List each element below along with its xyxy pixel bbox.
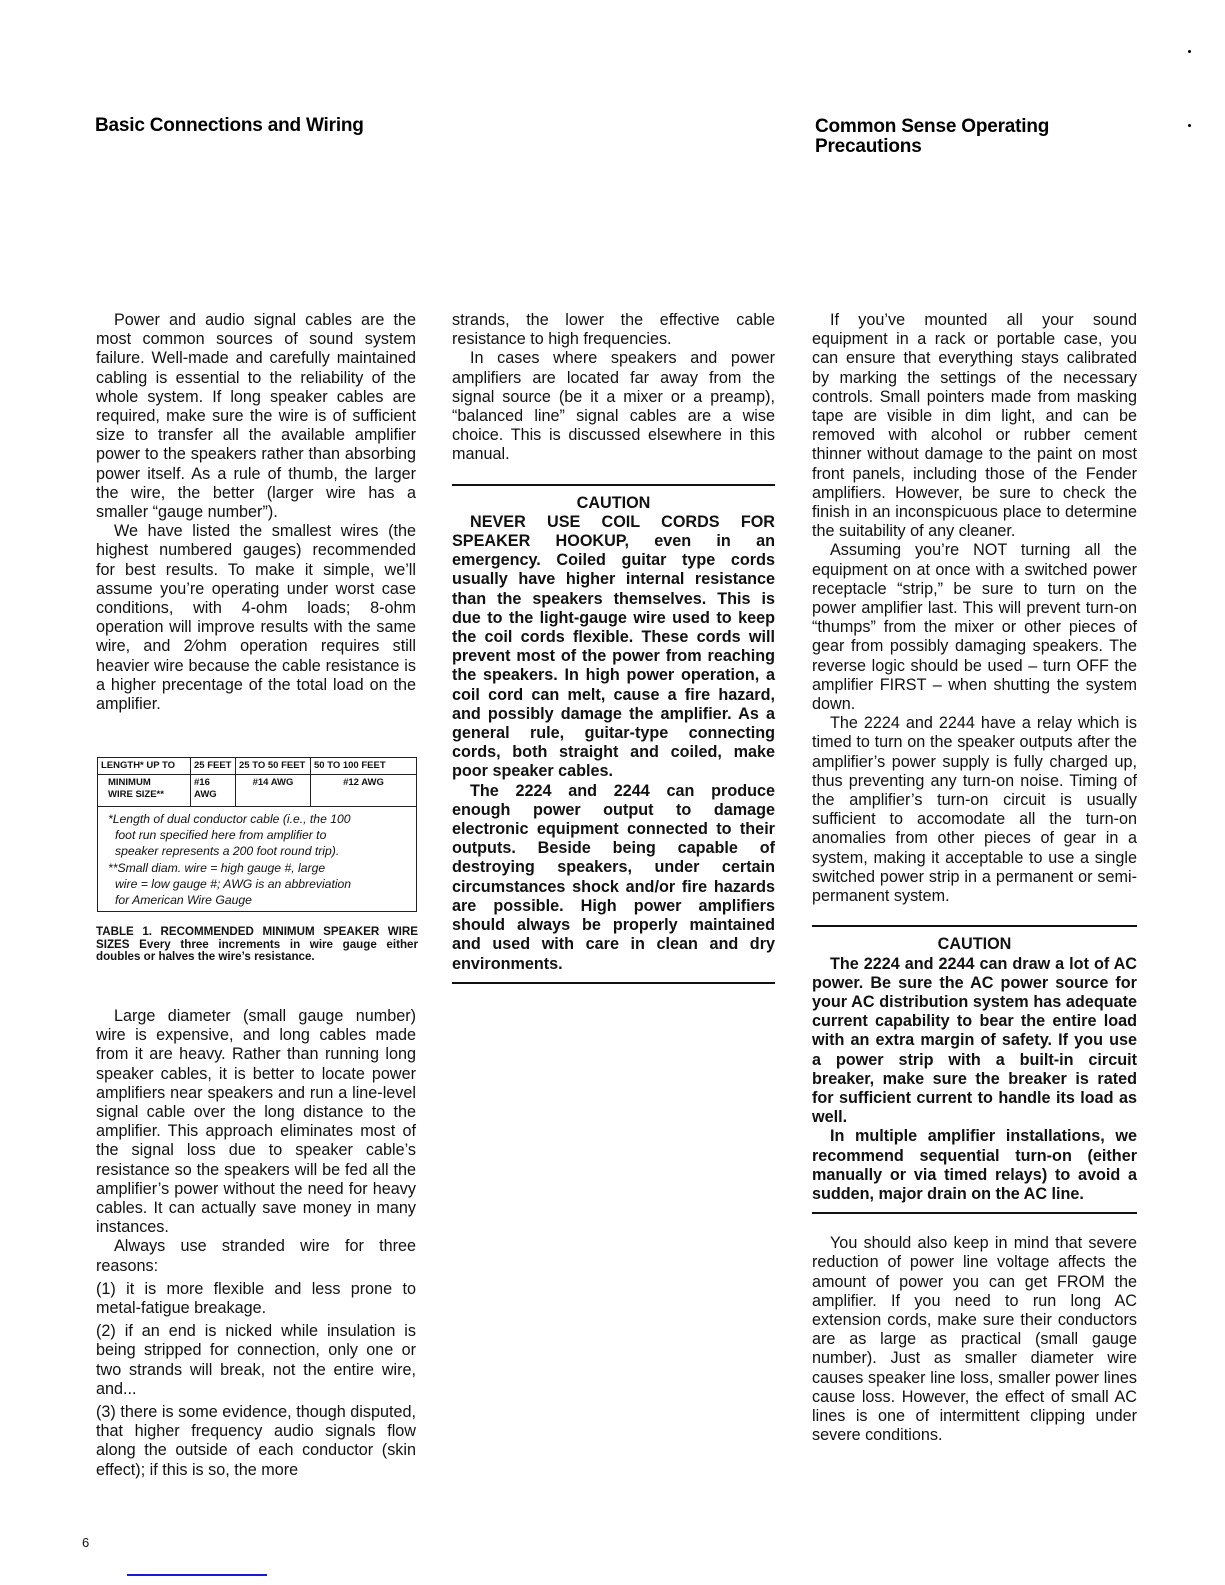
table-header-25-50-feet: 25 TO 50 FEET — [236, 758, 311, 775]
caution-box-ac-power: CAUTION The 2224 and 2244 can draw a lot… — [812, 935, 1137, 1204]
paragraph-stranded-wire: Always use stranded wire for three reaso… — [96, 1237, 416, 1275]
section-heading-basic-connections: Basic Connections and Wiring — [95, 116, 364, 136]
caution-box-coil-cords: CAUTION NEVER USE COIL CORDS FOR SPEAKER… — [452, 494, 775, 974]
paragraph-relay-timing: The 2224 and 2244 have a relay which is … — [812, 714, 1137, 906]
divider-rule — [452, 982, 775, 984]
column-right: If you’ve mounted all your sound equipme… — [812, 311, 1137, 1445]
scan-speck-mark — [1188, 124, 1191, 127]
table-cell-14awg: #14 AWG — [236, 775, 311, 807]
table-row-label: MINIMUM WIRE SIZE** — [98, 775, 191, 807]
scan-speck-mark — [1188, 50, 1191, 53]
divider-rule — [812, 925, 1137, 927]
paragraph-large-diameter: Large diameter (small gauge number) wire… — [96, 1007, 416, 1237]
table-footnotes: *Length of dual conductor cable (i.e., t… — [98, 807, 417, 912]
column-left-lower: Large diameter (small gauge number) wire… — [96, 1007, 416, 1480]
wire-size-table: LENGTH* UP TO 25 FEET 25 TO 50 FEET 50 T… — [97, 757, 417, 912]
paragraph-balanced-line: In cases where speakers and power amplif… — [452, 349, 775, 464]
table-caption: TABLE 1. RECOMMENDED MINIMUM SPEAKER WIR… — [96, 926, 418, 964]
section-heading-operating-precautions: Common Sense Operating Precautions — [815, 117, 1115, 157]
paragraph-smallest-wires: We have listed the smallest wires (the h… — [96, 522, 416, 714]
paragraph-strands-continued: strands, the lower the effective cable r… — [452, 311, 775, 349]
paragraph-turn-on-order: Assuming you’re NOT turning all the equi… — [812, 541, 1137, 714]
blue-underline-mark — [127, 1574, 267, 1576]
reason-1: (1) it is more flexible and less prone t… — [96, 1280, 416, 1318]
column-left: Power and audio signal cables are the mo… — [96, 311, 416, 714]
caution-paragraph-power-output: The 2224 and 2244 can produce enough pow… — [452, 782, 775, 974]
table-cell-12awg: #12 AWG — [311, 775, 417, 807]
table-header-25-feet: 25 FEET — [191, 758, 236, 775]
table-cell-16awg: #16 AWG — [191, 775, 236, 807]
page-number: 6 — [82, 1535, 89, 1550]
caution-title: CAUTION — [812, 935, 1137, 954]
paragraph-rack-mounting: If you’ve mounted all your sound equipme… — [812, 311, 1137, 541]
reason-2: (2) if an end is nicked while insulation… — [96, 1322, 416, 1399]
column-middle: strands, the lower the effective cable r… — [452, 311, 775, 984]
reason-3: (3) there is some evidence, though dispu… — [96, 1403, 416, 1480]
divider-rule — [812, 1212, 1137, 1214]
caution-paragraph-coil-cords: NEVER USE COIL CORDS FOR SPEAKER HOOKUP,… — [452, 513, 775, 782]
caution-paragraph-ac-draw: The 2224 and 2244 can draw a lot of AC p… — [812, 955, 1137, 1128]
caution-paragraph-sequential-turn-on: In multiple amplifier installations, we … — [812, 1127, 1137, 1204]
paragraph-line-voltage: You should also keep in mind that severe… — [812, 1234, 1137, 1445]
table-header-50-100-feet: 50 TO 100 FEET — [311, 758, 417, 775]
table-header-length: LENGTH* UP TO — [98, 758, 191, 775]
divider-rule — [452, 484, 775, 486]
paragraph-cables-intro: Power and audio signal cables are the mo… — [96, 311, 416, 522]
caution-title: CAUTION — [452, 494, 775, 513]
